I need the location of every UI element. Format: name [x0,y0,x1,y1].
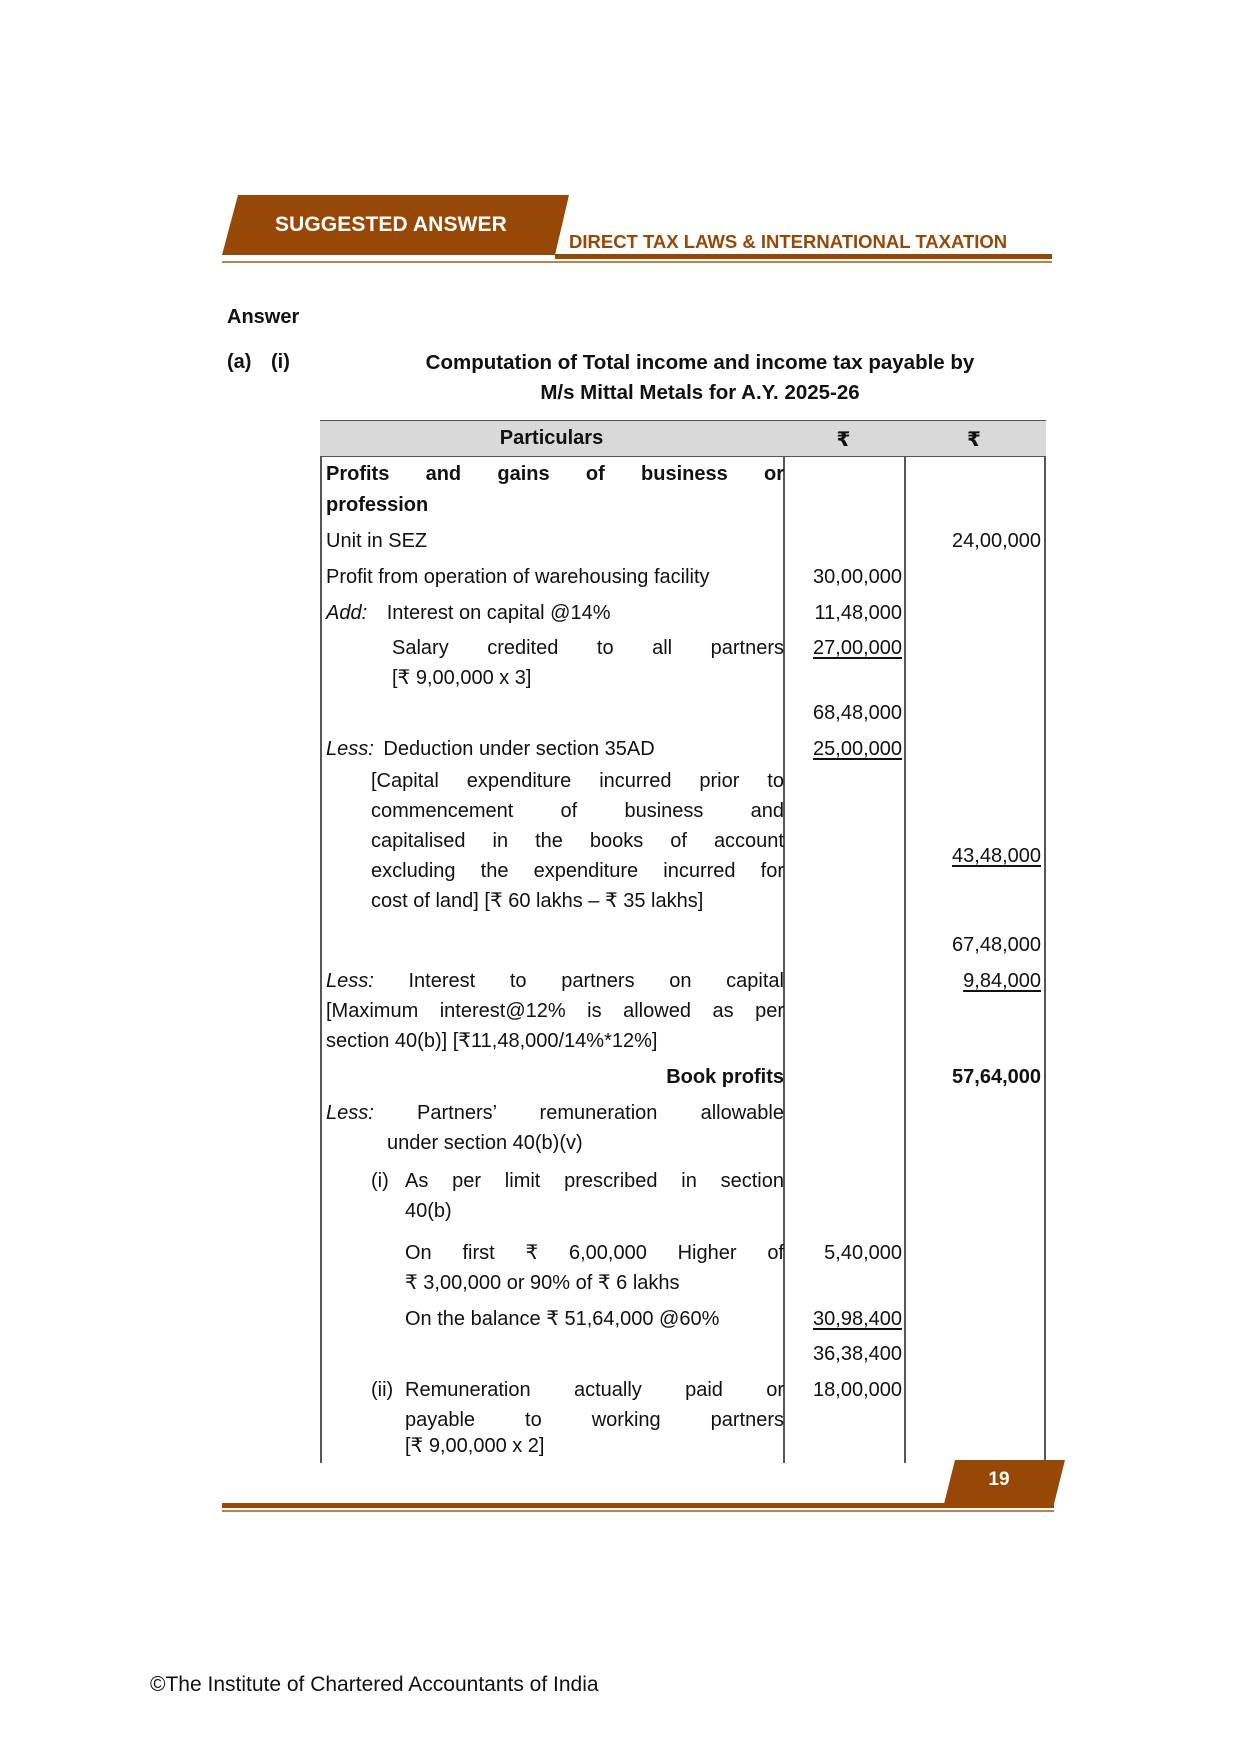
actual-label-line3: [₹ 9,00,000 x 2] [405,1431,544,1462]
interest-amount: 11,48,000 [785,598,902,629]
salary-label-line2: [₹ 9,00,000 x 3] [392,663,531,694]
interest-partners-line1: Less: Interest to partners on capital [326,966,784,997]
less-prefix: Less: [326,1102,374,1124]
interest-partners-line3: section 40(b)] [₹11,48,000/14%*12%] [326,1026,784,1057]
remuneration-line1: Less: Partners’ remuneration allowable [326,1098,784,1129]
sez-amount: 24,00,000 [906,526,1041,557]
ded35ad-amount: 25,00,000 [813,738,902,760]
table-border-right [1044,420,1046,1463]
first-slab-amount: 5,40,000 [785,1238,902,1269]
computation-table: Particulars ₹ ₹ Profits and gains of bus… [320,420,1046,1463]
less-prefix: Less: [326,738,374,760]
salary-label-line1: Salary credited to all partners [392,633,784,664]
table-border-left [320,420,322,1463]
ded35ad-label: Deduction under section 35AD [379,738,654,760]
header-rupee-col3: ₹ [904,427,1044,452]
header-rule [555,254,1052,259]
book-profits-amount: 57,64,000 [906,1062,1041,1093]
interest-partners-label: Interest to partners on capital [409,970,785,992]
header-particulars: Particulars [320,427,783,450]
add-prefix: Add: [326,602,367,624]
salary-amount: 27,00,000 [813,637,902,659]
question-part-label: (a) (i) [227,351,290,374]
sez-label: Unit in SEZ [326,526,784,557]
ded35ad-row: Less: Deduction under section 35AD [326,734,784,765]
net-warehouse-amount: 43,48,000 [952,845,1041,867]
balance-amount: 30,98,400 [813,1308,902,1330]
header-rupee-col2: ₹ [783,427,904,452]
limit-label-line1: As per limit prescribed in section [405,1166,784,1197]
remuneration-line2: under section 40(b)(v) [387,1128,583,1159]
table-title-line-1: Computation of Total income and income t… [320,351,1080,375]
ded35ad-note-line: commencement of business and [371,796,784,827]
ded35ad-note-line: capitalised in the books of account [371,826,784,857]
copyright-notice: ©The Institute of Chartered Accountants … [150,1673,599,1697]
limit-prefix: (i) [371,1166,389,1197]
book-profits-label: Book profits [326,1062,784,1093]
interest-partners-amount-cell: 9,84,000 [906,966,1041,997]
remuneration-label: Partners’ remuneration allowable [417,1102,784,1124]
add-interest-row: Add: Interest on capital @14% [326,598,784,629]
answer-heading: Answer [227,306,299,329]
limit-label-line2: 40(b) [405,1196,452,1227]
interest-label: Interest on capital @14% [373,602,611,624]
ded35ad-amount-cell: 25,00,000 [785,734,902,765]
balance-amount-cell: 30,98,400 [785,1304,902,1335]
header-tab-label: SUGGESTED ANSWER [275,213,507,237]
first-slab-line2: ₹ 3,00,000 or 90% of ₹ 6 lakhs [405,1268,680,1299]
footer-rule [222,1503,1054,1508]
subtotal1-amount: 68,48,000 [785,698,902,729]
subtotal2-amount: 67,48,000 [906,930,1041,961]
ded35ad-note-line: [Capital expenditure incurred prior to [371,766,784,797]
pgbp-heading-line1: Profits and gains of business or [326,459,784,490]
first-slab-line1: On first ₹ 6,00,000 Higher of [405,1238,784,1269]
ded35ad-note-line: cost of land] [₹ 60 lakhs – ₹ 35 lakhs] [371,886,703,917]
limit-total-amount: 36,38,400 [785,1339,902,1370]
pgbp-heading-line2: profession [326,490,784,521]
table-header-row: Particulars ₹ ₹ [320,420,1046,457]
salary-amount-cell: 27,00,000 [785,633,902,664]
warehouse-amount: 30,00,000 [785,562,902,593]
net-warehouse-amount-cell: 43,48,000 [906,841,1041,872]
ded35ad-note-line: excluding the expenditure incurred for [371,856,784,887]
actual-prefix: (ii) [371,1375,393,1406]
header-thin-rule [222,261,1052,263]
interest-partners-line2: [Maximum interest@12% is allowed as per [326,996,784,1027]
actual-label-line1: Remuneration actually paid or [405,1375,784,1406]
interest-partners-amount: 9,84,000 [941,970,1041,992]
header-title: DIRECT TAX LAWS & INTERNATIONAL TAXATION [569,231,1007,253]
balance-label: On the balance ₹ 51,64,000 @60% [405,1304,719,1335]
less-prefix: Less: [326,970,374,992]
table-title-line-2: M/s Mittal Metals for A.Y. 2025-26 [320,381,1080,405]
warehouse-label: Profit from operation of warehousing fac… [326,562,784,593]
page-number: 19 [944,1469,1054,1491]
footer-thin-rule [222,1510,1054,1512]
actual-amount: 18,00,000 [785,1375,902,1406]
